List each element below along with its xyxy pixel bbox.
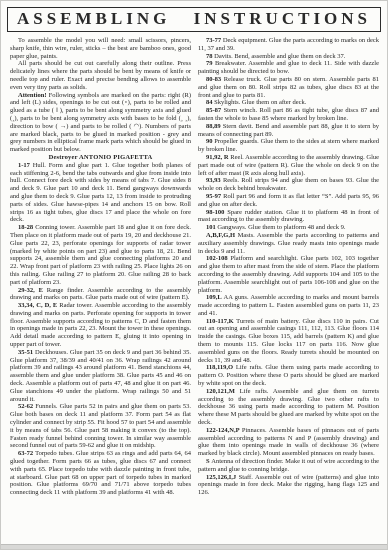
part-numbers: 52-62	[18, 403, 35, 410]
part-numbers: 101	[206, 224, 217, 231]
instruction-text: Breakwater. Assemble and glue to deck 11…	[198, 60, 379, 75]
part-numbers: 73-77	[206, 37, 223, 44]
part-numbers: 84	[206, 99, 214, 106]
paragraph: Attention!Following symbols are marked o…	[10, 92, 191, 154]
instruction-text: All parts should be cut out carefully al…	[10, 60, 191, 90]
part-numbers: 85-87	[206, 107, 224, 114]
paragraph: To assemble the model you will need: sma…	[10, 37, 191, 60]
instruction-text: Following symbols are marked on the part…	[10, 92, 191, 154]
part-numbers: 78	[206, 53, 214, 60]
part-numbers: 79	[206, 60, 215, 67]
instruction-text: Radar tower. Assemble according to the a…	[10, 302, 191, 348]
paragraph: 109,LAA guns. Assemble according to mark…	[198, 294, 379, 317]
instruction-text: To assemble the model you will need: sma…	[10, 37, 191, 60]
paragraph: All parts should be cut out carefully al…	[10, 60, 191, 91]
paragraph: 85-87Stern winch. Roll part 86 as tight …	[198, 107, 379, 123]
part-numbers: 1-17	[18, 162, 33, 169]
paragraph: 101Gangways. Glue them to platform 48 an…	[198, 224, 379, 232]
text-columns: To assemble the model you will need: sma…	[1, 36, 387, 497]
paragraph: 29-32, ERange finder. Assemble according…	[10, 287, 191, 303]
paragraph: 52-62Funnels. Glue parts 52 in pairs and…	[10, 403, 191, 450]
part-numbers: 118,119,O	[206, 364, 236, 371]
instruction-text: Gangways. Glue them to platform 48 and d…	[217, 224, 345, 231]
instruction-text: Release truck. Glue parts 80 on stern. A…	[198, 76, 379, 99]
right-column: 73-77Deck equipment. Glue the parts acco…	[198, 37, 379, 497]
left-column: To assemble the model you will need: sma…	[10, 37, 191, 497]
paragraph: 80-83Release truck. Glue parts 80 on ste…	[198, 76, 379, 99]
paragraph: 122-124,N,PPinnaces. Assemble bases of p…	[198, 427, 379, 458]
part-numbers: 33,34, C, D, E	[18, 302, 59, 309]
part-numbers: 122-124,N,P	[206, 427, 242, 434]
page-title: ASSEMBLING INSTRUCTIONS	[8, 9, 380, 29]
instruction-text: Funnels. Glue parts 52 in pairs and glue…	[10, 403, 191, 449]
part-numbers: A,B,F,G,H	[206, 232, 238, 239]
part-numbers: 109,L	[206, 294, 224, 301]
paragraph: 73-77Deck equipment. Glue the parts acco…	[198, 37, 379, 53]
title-box: ASSEMBLING INSTRUCTIONS	[7, 7, 381, 32]
instruction-page: ASSEMBLING INSTRUCTIONS To assemble the …	[0, 0, 388, 550]
instruction-text: Conning tower. Assemble part 18 and glue…	[10, 224, 191, 286]
paragraph: 91,92, RReel. Assemble according to the …	[198, 154, 379, 177]
instruction-text: Torpedo tubes. Glue strips 63 as rings a…	[10, 450, 191, 496]
part-numbers: 63-72	[18, 450, 35, 457]
paragraph: 102-108Platform and searchlight. Glue pa…	[198, 255, 379, 294]
paragraph: 84Skylights. Glue them on after deck.	[198, 99, 379, 107]
part-numbers: 18-28	[18, 224, 35, 231]
instruction-text: Skylights. Glue them on after deck.	[214, 99, 306, 106]
paragraph: 1-17Hull. Form and glue part 1. Glue tog…	[10, 162, 191, 224]
part-numbers: 120,121,M	[206, 388, 240, 395]
paragraph: 95-97Roll part 96 and form it as flat le…	[198, 193, 379, 209]
part-numbers: 98-100	[206, 209, 227, 216]
instruction-text: Deck equipment. Glue the parts according…	[198, 37, 379, 52]
part-numbers: 110-117,K	[206, 318, 236, 325]
paragraph: 93,93Reels. Roll strips 94 and glue them…	[198, 177, 379, 193]
paragraph: 18-28Conning tower. Assemble part 18 and…	[10, 224, 191, 286]
instruction-text: AA guns. Assemble according to marks and…	[198, 294, 379, 317]
part-numbers: 29-32, E	[18, 287, 47, 294]
paragraph: 125,126,I,JStaff. Assemble out of wire (…	[198, 474, 379, 497]
paragraph: 33,34, C, D, ERadar tower. Assemble acco…	[10, 302, 191, 349]
paragraph: SAntenna of direction finder. Make it ou…	[198, 458, 379, 474]
part-numbers: 88,89	[206, 123, 223, 130]
paragraph: 63-72Torpedo tubes. Glue strips 63 as ri…	[10, 450, 191, 497]
page-bottom-edge	[1, 544, 387, 549]
instruction-text: Propeller guards. Glue them to the sides…	[198, 138, 379, 153]
instruction-text: Antenna of direction finder. Make it out…	[198, 458, 379, 473]
instruction-text: Davits. Bend, assemble and glue them on …	[214, 53, 345, 60]
paragraph: 78Davits. Bend, assemble and glue them o…	[198, 53, 379, 61]
paragraph: Destroyer ANTONIO PIGAFETTA	[10, 154, 191, 162]
part-numbers: 125,126,I,J	[206, 474, 239, 481]
part-numbers: Attention!	[18, 92, 49, 99]
instruction-text: Destroyer ANTONIO PIGAFETTA	[49, 154, 153, 161]
part-numbers: 35-51	[18, 349, 35, 356]
part-numbers: 80-83	[206, 76, 224, 83]
part-numbers: 93,93	[206, 177, 223, 184]
instruction-text: Roll part 96 and form it as flat letter …	[198, 193, 379, 208]
paragraph: 88,89Stern davit. Bend and assemble part…	[198, 123, 379, 139]
instruction-text: Hull. Form and glue part 1. Glue togethe…	[10, 162, 191, 224]
paragraph: 35-51Deckhouses. Glue part 35 on deck 9 …	[10, 349, 191, 404]
part-numbers: 102-108	[206, 255, 230, 262]
paragraph: 98-100Spare rudder station. Glue it to p…	[198, 209, 379, 225]
instruction-text: Deckhouses. Glue part 35 on deck 9 and p…	[10, 349, 191, 403]
paragraph: 90Propeller guards. Glue them to the sid…	[198, 138, 379, 154]
paragraph: 120,121,MLife rafts. Assemble and glue t…	[198, 388, 379, 427]
part-numbers: 91,92, R	[206, 154, 230, 161]
paragraph: 118,119,OLife rafts. Glue them using par…	[198, 364, 379, 387]
paragraph: A,B,F,G,HMasts. Assemble the parts accor…	[198, 232, 379, 255]
part-numbers: 95-97	[206, 193, 223, 200]
instruction-text: Turrets of main battery. Glue discs 110 …	[198, 318, 379, 364]
instruction-text: Reels. Roll strips 94 and glue them on b…	[198, 177, 379, 192]
instruction-text: Stern davit. Bend and assemble part 88, …	[198, 123, 379, 138]
paragraph: 79Breakwater. Assemble and glue to deck …	[198, 60, 379, 76]
instruction-text: Stern winch. Roll part 86 as tight tube,…	[198, 107, 379, 122]
paragraph: 110-117,KTurrets of main battery. Glue d…	[198, 318, 379, 365]
